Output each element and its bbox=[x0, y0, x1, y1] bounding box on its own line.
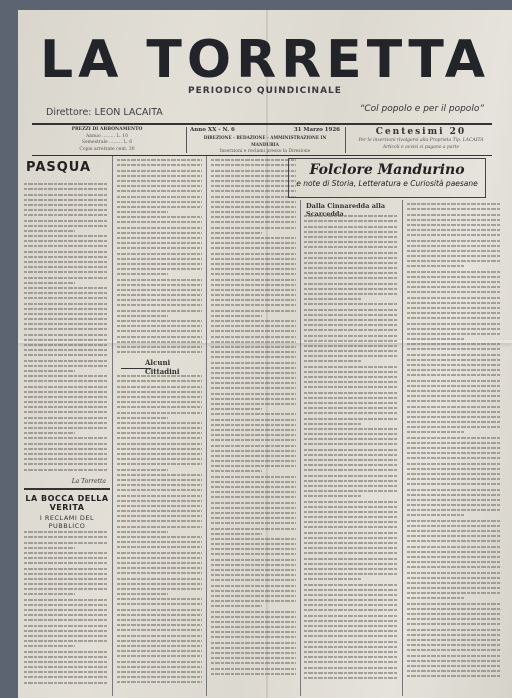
text-line bbox=[304, 542, 398, 544]
text-line bbox=[117, 375, 202, 377]
text-line bbox=[304, 226, 398, 228]
price: Centesimi 20 bbox=[350, 127, 492, 138]
text-line bbox=[304, 630, 398, 632]
text-line bbox=[117, 284, 202, 286]
text-line bbox=[407, 271, 501, 273]
text-line bbox=[117, 386, 202, 388]
text-line bbox=[211, 206, 296, 208]
text-line bbox=[117, 583, 202, 585]
text-line bbox=[211, 164, 296, 166]
text-line bbox=[24, 183, 108, 185]
text-line bbox=[407, 224, 501, 226]
text-line bbox=[117, 412, 202, 414]
text-line bbox=[304, 241, 398, 243]
text-line bbox=[117, 336, 202, 338]
text-line bbox=[24, 266, 108, 268]
text-line bbox=[117, 242, 202, 244]
text-line bbox=[117, 578, 202, 580]
text-line bbox=[24, 453, 108, 455]
text-line bbox=[117, 562, 202, 564]
office-note: Inserzioni e reclami presso la Direzione bbox=[190, 148, 340, 155]
text-line bbox=[24, 251, 108, 253]
text-line bbox=[117, 624, 202, 626]
text-line bbox=[211, 367, 296, 369]
text-line bbox=[211, 564, 296, 566]
article-body bbox=[115, 156, 204, 353]
text-line bbox=[304, 298, 361, 300]
text-line bbox=[304, 283, 398, 285]
text-line bbox=[211, 315, 262, 317]
text-line bbox=[24, 287, 108, 289]
text-line bbox=[117, 263, 202, 265]
text-line bbox=[407, 649, 501, 651]
divider bbox=[24, 488, 110, 490]
text-line bbox=[211, 439, 296, 441]
text-line bbox=[24, 666, 108, 668]
article-body-folclore bbox=[405, 200, 503, 677]
text-line bbox=[117, 232, 202, 234]
text-line bbox=[304, 376, 398, 378]
headline-pasqua: PASQUA bbox=[26, 160, 91, 175]
text-line bbox=[117, 341, 202, 343]
text-line bbox=[24, 349, 108, 351]
text-line bbox=[304, 480, 398, 482]
text-line bbox=[304, 516, 398, 518]
text-line bbox=[211, 569, 296, 571]
text-line bbox=[407, 452, 501, 454]
text-line bbox=[407, 592, 501, 594]
text-line bbox=[304, 661, 398, 663]
text-line bbox=[211, 533, 262, 535]
text-line bbox=[211, 642, 296, 644]
text-line bbox=[304, 635, 398, 637]
text-line bbox=[304, 568, 398, 570]
text-line bbox=[117, 572, 202, 574]
text-line bbox=[117, 520, 202, 522]
issue-number: Anno XX - N. 6 bbox=[190, 127, 235, 134]
text-line bbox=[407, 348, 501, 350]
text-line bbox=[304, 303, 398, 305]
text-line bbox=[304, 392, 398, 394]
text-line bbox=[117, 453, 202, 455]
text-line bbox=[24, 220, 108, 222]
text-line bbox=[24, 323, 108, 325]
text-line bbox=[117, 567, 202, 569]
text-line bbox=[407, 307, 501, 309]
text-line bbox=[24, 443, 108, 445]
text-line bbox=[211, 372, 296, 374]
text-line bbox=[24, 458, 108, 460]
text-line bbox=[24, 432, 75, 434]
text-line bbox=[211, 647, 296, 649]
text-line bbox=[24, 469, 108, 471]
text-line bbox=[407, 447, 501, 449]
text-line bbox=[407, 354, 501, 356]
text-line bbox=[117, 458, 202, 460]
text-line bbox=[407, 328, 501, 330]
text-line bbox=[24, 552, 108, 554]
text-line bbox=[211, 465, 296, 467]
text-line bbox=[117, 258, 202, 260]
text-line bbox=[407, 489, 501, 491]
text-line bbox=[407, 468, 501, 470]
text-line bbox=[211, 341, 296, 343]
text-line bbox=[211, 429, 296, 431]
text-line bbox=[117, 268, 202, 270]
text-line bbox=[304, 329, 398, 331]
newspaper-title: LA TORRETTA bbox=[18, 32, 512, 88]
text-line bbox=[117, 159, 202, 161]
text-line bbox=[117, 294, 202, 296]
text-line bbox=[304, 407, 398, 409]
text-line bbox=[407, 514, 464, 516]
text-line bbox=[117, 227, 202, 229]
text-line bbox=[24, 354, 108, 356]
text-line bbox=[24, 375, 108, 377]
text-line bbox=[407, 374, 501, 376]
text-line bbox=[117, 614, 202, 616]
text-line bbox=[117, 432, 202, 434]
text-line bbox=[304, 667, 398, 669]
text-line bbox=[407, 323, 501, 325]
text-line bbox=[211, 559, 296, 561]
text-line bbox=[211, 304, 296, 306]
text-line bbox=[407, 525, 501, 527]
text-line bbox=[211, 289, 296, 291]
text-line bbox=[24, 604, 108, 606]
text-line bbox=[304, 288, 398, 290]
text-line bbox=[211, 662, 296, 664]
text-line bbox=[211, 170, 296, 172]
text-line bbox=[304, 594, 398, 596]
text-line bbox=[304, 599, 398, 601]
text-line bbox=[407, 561, 501, 563]
text-line bbox=[211, 227, 296, 229]
text-line bbox=[407, 208, 501, 210]
text-line bbox=[24, 463, 108, 465]
text-line bbox=[117, 175, 202, 177]
column-rule bbox=[402, 200, 403, 696]
text-line bbox=[407, 478, 501, 480]
text-line bbox=[407, 411, 501, 413]
text-line bbox=[304, 293, 398, 295]
text-line bbox=[304, 371, 398, 373]
text-line bbox=[304, 495, 361, 497]
text-line bbox=[117, 603, 202, 605]
text-line bbox=[24, 328, 108, 330]
text-line bbox=[304, 309, 398, 311]
text-line bbox=[117, 325, 202, 327]
text-line bbox=[407, 416, 501, 418]
text-line bbox=[304, 475, 398, 477]
text-line bbox=[304, 625, 398, 627]
text-line bbox=[211, 528, 296, 530]
text-line bbox=[211, 595, 296, 597]
text-line bbox=[304, 443, 398, 445]
text-line bbox=[117, 253, 202, 255]
text-line bbox=[407, 457, 501, 459]
text-line bbox=[117, 484, 202, 486]
text-line bbox=[211, 517, 296, 519]
headline-bocca: LA BOCCA DELLA VERITA bbox=[24, 494, 110, 512]
text-line bbox=[304, 563, 398, 565]
text-line bbox=[24, 282, 75, 284]
text-line bbox=[407, 426, 501, 428]
text-line bbox=[24, 651, 108, 653]
issue-date: 31 Marzo 1926 bbox=[294, 127, 340, 134]
text-line bbox=[117, 463, 202, 465]
text-line bbox=[117, 541, 202, 543]
text-line bbox=[407, 665, 501, 667]
text-line bbox=[407, 520, 501, 522]
text-line bbox=[211, 356, 296, 358]
text-line bbox=[304, 215, 398, 217]
text-line bbox=[304, 386, 398, 388]
text-line bbox=[211, 320, 296, 322]
text-line bbox=[24, 676, 108, 678]
text-line bbox=[304, 418, 398, 420]
text-line bbox=[407, 234, 501, 236]
subscription-box: PREZZI DI ABBONAMENTO Annuo ......... L.… bbox=[32, 127, 182, 153]
text-line bbox=[304, 360, 361, 362]
text-line bbox=[24, 188, 108, 190]
text-line bbox=[24, 271, 108, 273]
text-line bbox=[407, 499, 501, 501]
text-line bbox=[24, 204, 108, 206]
text-line bbox=[211, 512, 296, 514]
text-line bbox=[211, 237, 296, 239]
text-line bbox=[304, 454, 398, 456]
subscription-line: Copie arretrate cent. 30 bbox=[32, 147, 182, 154]
text-line bbox=[24, 448, 108, 450]
text-line bbox=[117, 206, 202, 208]
column-1: PASQUA La Torretta LA BOCCA DELLA VERITA… bbox=[22, 156, 110, 696]
text-line bbox=[407, 660, 501, 662]
text-line bbox=[304, 490, 398, 492]
text-line bbox=[24, 588, 108, 590]
text-line bbox=[407, 406, 501, 408]
text-line bbox=[117, 247, 202, 249]
text-line bbox=[304, 521, 398, 523]
text-line bbox=[407, 255, 501, 257]
text-line bbox=[304, 459, 398, 461]
text-line bbox=[304, 589, 398, 591]
text-line bbox=[24, 437, 108, 439]
divider bbox=[121, 368, 151, 369]
text-line bbox=[211, 434, 296, 436]
text-line bbox=[211, 636, 296, 638]
office-line: DIREZIONE - REDAZIONE - AMMINISTRAZIONE … bbox=[190, 134, 340, 148]
text-line bbox=[407, 265, 464, 267]
text-line bbox=[117, 526, 202, 528]
text-line bbox=[24, 625, 108, 627]
text-line bbox=[117, 289, 202, 291]
text-line bbox=[407, 613, 501, 615]
text-line bbox=[407, 675, 501, 677]
text-line bbox=[24, 568, 108, 570]
text-line bbox=[407, 546, 501, 548]
text-line bbox=[117, 474, 202, 476]
text-line bbox=[24, 396, 108, 398]
text-line bbox=[24, 386, 108, 388]
text-line bbox=[211, 403, 296, 405]
text-line bbox=[117, 666, 202, 668]
text-line bbox=[24, 593, 75, 595]
text-line bbox=[117, 406, 202, 408]
text-line bbox=[407, 338, 464, 340]
text-line bbox=[211, 657, 296, 659]
text-line bbox=[407, 390, 501, 392]
text-line bbox=[407, 566, 501, 568]
text-line bbox=[24, 599, 108, 601]
text-line bbox=[407, 473, 501, 475]
text-line bbox=[24, 422, 108, 424]
text-line bbox=[117, 351, 202, 353]
text-line bbox=[304, 547, 398, 549]
text-line bbox=[211, 253, 296, 255]
text-line bbox=[407, 421, 501, 423]
text-line bbox=[211, 294, 296, 296]
text-line bbox=[304, 220, 398, 222]
text-line bbox=[407, 494, 501, 496]
text-line bbox=[117, 346, 202, 348]
text-line bbox=[211, 605, 262, 607]
text-line bbox=[211, 408, 262, 410]
text-line bbox=[211, 159, 296, 161]
text-line bbox=[407, 540, 501, 542]
text-line bbox=[117, 495, 202, 497]
text-line bbox=[304, 506, 398, 508]
text-line bbox=[24, 261, 108, 263]
text-line bbox=[117, 469, 168, 471]
text-line bbox=[24, 240, 108, 242]
text-line bbox=[117, 304, 202, 306]
text-line bbox=[117, 221, 202, 223]
text-line bbox=[407, 670, 501, 672]
text-line bbox=[24, 225, 108, 227]
text-line bbox=[24, 562, 108, 564]
text-line bbox=[117, 661, 202, 663]
text-line bbox=[24, 380, 108, 382]
text-line bbox=[211, 221, 296, 223]
text-line bbox=[211, 631, 296, 633]
text-line bbox=[407, 634, 501, 636]
text-line bbox=[304, 573, 398, 575]
column-rule bbox=[112, 156, 113, 696]
text-line bbox=[407, 551, 501, 553]
text-line bbox=[117, 500, 202, 502]
text-line bbox=[211, 590, 296, 592]
text-line bbox=[24, 401, 108, 403]
text-line bbox=[24, 583, 108, 585]
article-body-bocca bbox=[22, 528, 110, 684]
text-line bbox=[24, 656, 108, 658]
text-line bbox=[117, 536, 202, 538]
text-line bbox=[304, 355, 398, 357]
column-4: Dalla Cinnaredda alla Scarcedda bbox=[302, 200, 400, 696]
text-line bbox=[407, 364, 501, 366]
text-line bbox=[117, 315, 168, 317]
text-line bbox=[407, 623, 501, 625]
text-line bbox=[304, 438, 398, 440]
text-line bbox=[304, 558, 398, 560]
text-line bbox=[24, 536, 108, 538]
article-body bbox=[209, 156, 298, 675]
text-line bbox=[117, 185, 202, 187]
text-line bbox=[211, 611, 296, 613]
text-line bbox=[304, 511, 398, 513]
text-line bbox=[117, 396, 202, 398]
text-line bbox=[304, 402, 398, 404]
text-line bbox=[407, 317, 501, 319]
text-line bbox=[304, 584, 398, 586]
text-line bbox=[211, 247, 296, 249]
text-line bbox=[211, 336, 296, 338]
text-line bbox=[24, 619, 108, 621]
text-line bbox=[407, 535, 501, 537]
text-line bbox=[304, 641, 398, 643]
text-line bbox=[304, 340, 398, 342]
text-line bbox=[24, 334, 108, 336]
text-line bbox=[117, 216, 202, 218]
column-3 bbox=[209, 156, 298, 696]
text-line bbox=[117, 417, 168, 419]
text-line bbox=[211, 351, 296, 353]
text-line bbox=[304, 428, 398, 430]
text-line bbox=[211, 548, 296, 550]
text-line bbox=[24, 557, 108, 559]
text-line bbox=[211, 273, 296, 275]
text-line bbox=[211, 346, 296, 348]
text-line bbox=[304, 319, 398, 321]
text-line bbox=[117, 593, 168, 595]
text-line bbox=[211, 507, 296, 509]
text-line bbox=[211, 481, 296, 483]
text-line bbox=[117, 299, 202, 301]
column-rule bbox=[300, 200, 301, 696]
text-line bbox=[24, 417, 108, 419]
text-line bbox=[211, 201, 296, 203]
text-line bbox=[211, 216, 296, 218]
text-line bbox=[24, 360, 108, 362]
column-2: Alcuni Cittadini bbox=[115, 156, 204, 696]
text-line bbox=[407, 333, 501, 335]
text-line bbox=[117, 443, 202, 445]
text-line bbox=[304, 433, 398, 435]
text-line bbox=[211, 175, 296, 177]
text-line bbox=[117, 515, 202, 517]
text-line bbox=[211, 190, 296, 192]
text-line bbox=[304, 252, 398, 254]
text-line bbox=[304, 231, 398, 233]
text-line bbox=[407, 276, 501, 278]
text-line bbox=[117, 609, 202, 611]
text-line bbox=[407, 509, 501, 511]
text-line bbox=[211, 486, 296, 488]
issue-box: Anno XX - N. 6 31 Marzo 1926 DIREZIONE -… bbox=[190, 127, 340, 153]
text-line bbox=[211, 387, 296, 389]
text-line bbox=[304, 501, 398, 503]
text-line bbox=[407, 582, 501, 584]
text-line bbox=[407, 245, 501, 247]
text-line bbox=[211, 538, 296, 540]
text-line bbox=[304, 578, 361, 580]
text-line bbox=[211, 232, 262, 234]
text-line bbox=[211, 522, 296, 524]
text-line bbox=[304, 236, 398, 238]
text-line bbox=[211, 476, 296, 478]
text-line bbox=[24, 370, 75, 372]
